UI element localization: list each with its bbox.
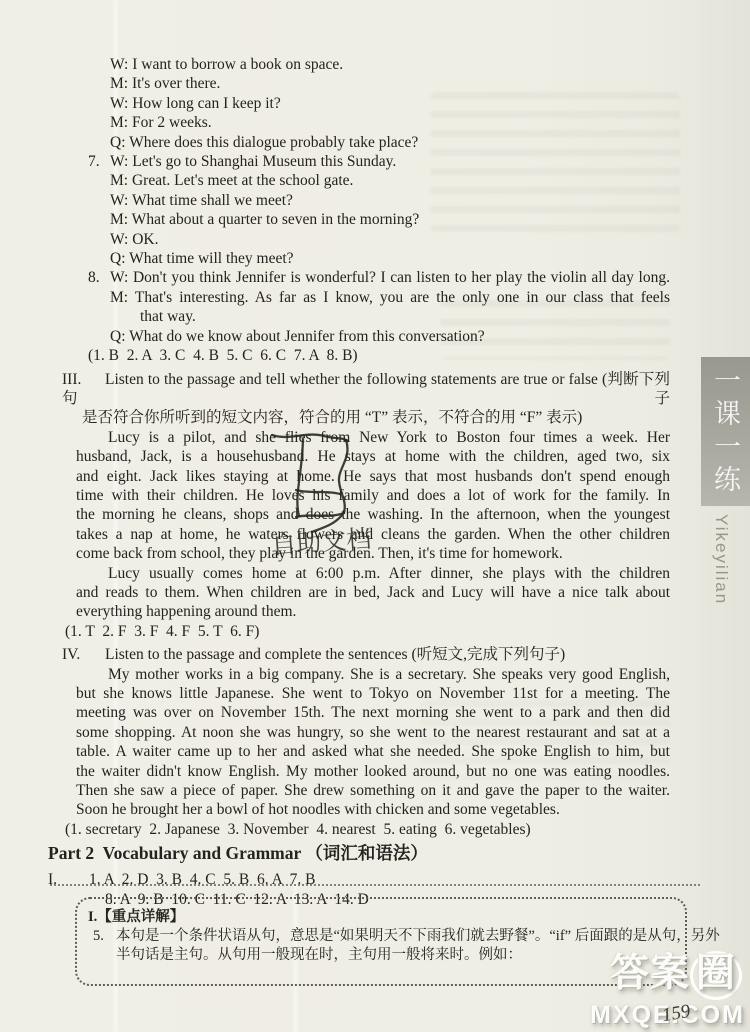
dialogue-line: M: That's interesting. As far as I know,… <box>110 288 670 307</box>
passage-line: some shopping. At noon she was hungry, s… <box>76 723 670 742</box>
dialogue-line: Q: Where does this dialogue probably tak… <box>110 133 670 152</box>
watermark-logo-circle: 圈 <box>690 951 742 1000</box>
dialogue-line: M: What about a quarter to seven in the … <box>110 210 670 229</box>
dialogue-line: Q: What do we know about Jennifer from t… <box>110 327 670 346</box>
key-points-heading: I.【重点详解】 <box>88 908 671 927</box>
dialogue-line: W: What time shall we meet? <box>110 191 670 210</box>
dialogue-line: 7.W: Let's go to Shanghai Museum this Su… <box>88 152 670 171</box>
answer-key-listening-2: (1. B 2. A 3. C 4. B 5. C 6. C 7. A 8. B… <box>88 346 670 365</box>
dialogue-text: W: Don't you think Jennifer is wonderful… <box>110 269 670 286</box>
item-number: 5. <box>88 927 116 965</box>
answer-key-listening-4: (1. secretary 2. Japanese 3. November 4.… <box>65 820 670 839</box>
dialogue-line: M: For 2 weeks. <box>110 113 670 132</box>
dialogue-line: M: It's over there. <box>110 74 670 93</box>
passage-line: and reads to them. When children are in … <box>76 583 670 602</box>
dialogue-line: 8.W: Don't you think Jennifer is wonderf… <box>88 268 670 287</box>
dialogue-8: 8.W: Don't you think Jennifer is wonderf… <box>48 268 670 365</box>
passage-line: Soon he brought her a bowl of hot noodle… <box>76 800 670 819</box>
passage-line: table. A waiter came up to her and asked… <box>76 742 670 761</box>
answer-key-part2-row1: I.1. A 2. D 3. B 4. C 5. B 6. A 7. B <box>48 870 670 889</box>
passage-line: meeting was over on November 15th. The n… <box>76 703 670 722</box>
watermark-logo: 答案圈 <box>610 942 742 1000</box>
scanned-workbook-page: W: I want to borrow a book on space. M: … <box>0 0 750 1032</box>
dialogue-line: M: Great. Let's meet at the school gate. <box>110 171 670 190</box>
section-numeral: I. <box>48 870 89 889</box>
dialogue-line: Q: What time will they meet? <box>110 249 670 268</box>
passage-line: everything happening around them. <box>76 602 670 621</box>
dialogue-7: 7.W: Let's go to Shanghai Museum this Su… <box>48 152 670 268</box>
handwritten-scribble: 自助文档 <box>258 424 408 569</box>
item-number: 8. <box>88 268 110 287</box>
passage-line: My mother works in a big company. She is… <box>76 665 670 684</box>
section-4-heading: IV.Listen to the passage and complete th… <box>48 645 670 664</box>
answer-key-listening-3: (1. T 2. F 3. F 4. F 5. T 6. F) <box>65 622 670 641</box>
section-numeral: IV. <box>62 645 105 664</box>
dialogue-line: W: How long can I keep it? <box>110 94 670 113</box>
watermark-logo-text: 答案 <box>610 952 690 995</box>
passage-line: Then she saw a piece of paper. She drew … <box>76 781 670 800</box>
watermark: 答案圈 MXQE.COM 159 <box>575 952 750 1032</box>
item-number: 7. <box>88 152 110 171</box>
section-3-heading: III.Listen to the passage and tell wheth… <box>48 370 670 409</box>
section-4: IV.Listen to the passage and complete th… <box>48 645 670 839</box>
passage-line: the waiter didn't know English. My mothe… <box>76 762 670 781</box>
dialogue-line: W: OK. <box>110 230 670 249</box>
series-pinyin-vertical: Yikeyilian <box>711 514 731 605</box>
dialogue-line: W: I want to borrow a book on space. <box>110 55 670 74</box>
dialogue-6: W: I want to borrow a book on space. M: … <box>48 55 670 152</box>
part-2-title: Part 2 Vocabulary and Grammar （词汇和语法） <box>48 844 670 868</box>
dotted-separator <box>50 884 700 886</box>
passage-line: but she knows little Japanese. She went … <box>76 684 670 703</box>
section-instruction: Listen to the passage and tell whether t… <box>62 371 670 407</box>
dialogue-text: W: Let's go to Shanghai Museum this Sund… <box>110 153 396 170</box>
dialogue-line-continuation: that way. <box>140 307 670 326</box>
handwritten-annotation: 自助文档 <box>270 525 372 560</box>
series-title-vertical: 一课一练 <box>706 366 745 498</box>
series-title-box: 一课一练 <box>701 357 750 506</box>
section-numeral: III. <box>62 370 105 389</box>
section-instruction: Listen to the passage and complete the s… <box>105 646 565 663</box>
